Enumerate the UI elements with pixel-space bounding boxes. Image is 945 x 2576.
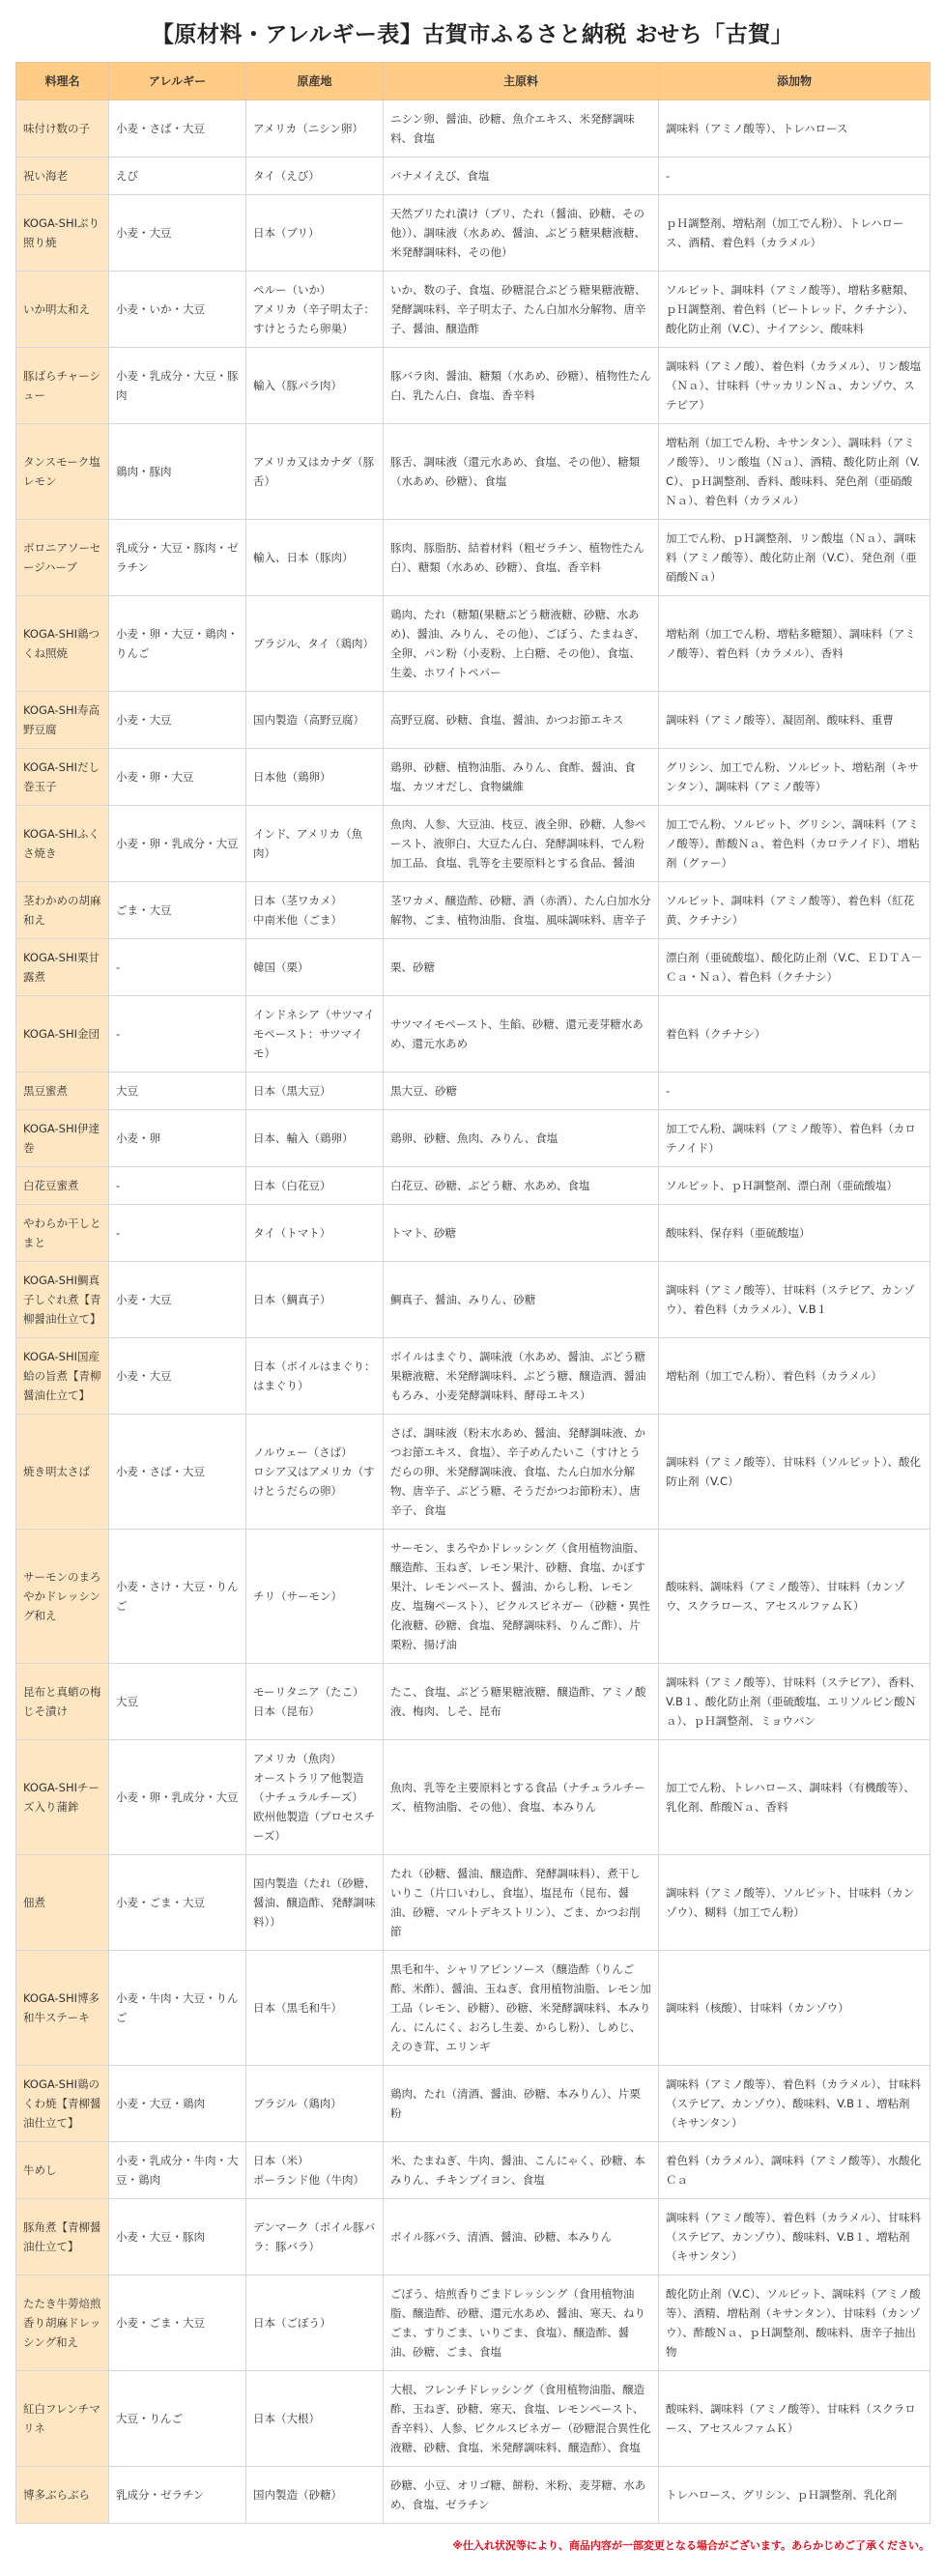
cell-allergy: - [109, 1167, 246, 1205]
cell-additives: 調味料（アミノ酸等）、トレハロース [659, 100, 931, 157]
table-row: 豚ばらチャーシュー小麦・乳成分・大豆・豚肉輸入（豚バラ肉）豚バラ肉、醤油、糖類（… [16, 348, 931, 424]
table-row: 佃煮小麦・ごま・大豆国内製造（たれ（砂糖、醤油、醸造酢、発酵調味料））たれ（砂糖… [16, 1855, 931, 1951]
cell-origin: 輸入（豚バラ肉） [246, 348, 384, 424]
cell-allergy: - [109, 1205, 246, 1262]
cell-main-ingredients: 栗、砂糖 [384, 939, 659, 996]
cell-main-ingredients: たこ、食塩、ぶどう糖果糖液糖、醸造酢、アミノ酸液、梅肉、しそ、昆布 [384, 1664, 659, 1740]
cell-dish-name: 豚角煮【青柳醤油仕立て】 [16, 2199, 109, 2275]
table-row: 紅白フレンチマリネ大豆・りんご日本（大根）大根、フレンチドレッシング（食用植物油… [16, 2371, 931, 2467]
cell-additives: 調味料（アミノ酸等）、甘味料（ソルビット）、酸化防止剤（V.C） [659, 1415, 931, 1530]
cell-origin: ブラジル（鶏肉） [246, 2066, 384, 2142]
table-row: サーモンのまろやかドレッシング和え小麦・さけ・大豆・りんごチリ（サーモン）サーモ… [16, 1530, 931, 1664]
cell-additives: 着色料（クチナシ） [659, 996, 931, 1073]
table-row: KOGA-SHI金団-インドネシア（サツマイモペースト：サツマイモ）サツマイモペ… [16, 996, 931, 1073]
cell-main-ingredients: トマト、砂糖 [384, 1205, 659, 1262]
cell-allergy: 小麦・卵 [109, 1110, 246, 1167]
cell-main-ingredients: バナメイえび、食塩 [384, 157, 659, 195]
cell-additives: 漂白剤（亜硫酸塩）、酸化防止剤（V.C、ＥＤＴＡ－Ｃａ・Ｎａ）、着色料（クチナシ… [659, 939, 931, 996]
cell-additives: 増粘剤（加工でん粉、キサンタン）、調味料（アミノ酸等）、リン酸塩（Ｎａ）、酒精、… [659, 424, 931, 520]
table-row: 白花豆蜜煮-日本（白花豆）白花豆、砂糖、ぶどう糖、水あめ、食塩ソルビット、ｐＨ調… [16, 1167, 931, 1205]
cell-additives: ソルビット、調味料（アミノ酸等）、着色料（紅花黄、クチナシ） [659, 882, 931, 939]
cell-origin: 日本他（鶏卵） [246, 749, 384, 806]
cell-allergy: 小麦・大豆・鶏肉 [109, 2066, 246, 2142]
table-row: 豚角煮【青柳醤油仕立て】小麦・大豆・豚肉デンマーク（ボイル豚バラ：豚バラ）ボイル… [16, 2199, 931, 2275]
cell-additives: 調味料（アミノ酸等）、甘味料（ステビア）、香料、V.B１、酸化防止剤（亜硫酸塩、… [659, 1664, 931, 1740]
cell-origin: 日本（ごぼう） [246, 2275, 384, 2371]
cell-main-ingredients: 茎ワカメ、醸造酢、砂糖、酒（赤酒）、たん白加水分解物、ごま、植物油脂、食塩、風味… [384, 882, 659, 939]
cell-additives: 酸化防止剤（V.C）、ソルビット、調味料（アミノ酸等）、酒精、増粘剤（キサンタン… [659, 2275, 931, 2371]
table-row: 昆布と真蛸の梅じそ漬け大豆モーリタニア（たこ）日本（昆布）たこ、食塩、ぶどう糖果… [16, 1664, 931, 1740]
cell-origin: 日本（ボイルはまぐり：はまぐり） [246, 1338, 384, 1415]
cell-origin: アメリカ（魚肉）オーストラリア他製造（ナチュラルチーズ）欧州他製造（プロセスチー… [246, 1740, 384, 1855]
cell-main-ingredients: 黒大豆、砂糖 [384, 1073, 659, 1110]
cell-dish-name: サーモンのまろやかドレッシング和え [16, 1530, 109, 1664]
cell-origin: ブラジル、タイ（鶏肉） [246, 596, 384, 692]
cell-additives: 調味料（アミノ酸等）、甘味料（ステビア、カンゾウ）、着色料（カラメル）、V.B１ [659, 1262, 931, 1338]
cell-additives: 加工でん粉、ソルビット、グリシン、調味料（アミノ酸等）、酢酸Ｎａ、着色料（カロテ… [659, 806, 931, 882]
cell-dish-name: ボロニアソーセージハーブ [16, 520, 109, 596]
cell-dish-name: KOGA-SHI鶏のくわ焼【青柳醤油仕立て】 [16, 2066, 109, 2142]
cell-dish-name: 黒豆蜜煮 [16, 1073, 109, 1110]
cell-additives: 増粘剤（加工でん粉、増粘多糖類）、調味料（アミノ酸等）、着色料（カラメル）、香料 [659, 596, 931, 692]
table-row: 黒豆蜜煮大豆日本（黒大豆）黒大豆、砂糖- [16, 1073, 931, 1110]
cell-main-ingredients: 白花豆、砂糖、ぶどう糖、水あめ、食塩 [384, 1167, 659, 1205]
cell-allergy: 小麦・牛肉・大豆・りんご [109, 1951, 246, 2066]
cell-main-ingredients: いか、数の子、食塩、砂糖混合ぶどう糖果糖液糖、発酵調味料、辛子明太子、たん白加水… [384, 272, 659, 348]
table-row: やわらか干しとまと-タイ（トマト）トマト、砂糖酸味料、保存料（亜硫酸塩） [16, 1205, 931, 1262]
cell-origin: 日本（白花豆） [246, 1167, 384, 1205]
cell-main-ingredients: 魚肉、乳等を主要原料とする食品（ナチュラルチーズ、植物油脂、その他）、食塩、本み… [384, 1740, 659, 1855]
cell-dish-name: タンスモーク塩レモン [16, 424, 109, 520]
cell-origin: インドネシア（サツマイモペースト：サツマイモ） [246, 996, 384, 1073]
cell-allergy: 小麦・大豆 [109, 692, 246, 749]
cell-main-ingredients: 豚バラ肉、醤油、糖類（水あめ、砂糖）、植物性たん白、乳たん白、食塩、香辛料 [384, 348, 659, 424]
cell-additives: 加工でん粉、調味料（アミノ酸等）、着色料（カロテノイド） [659, 1110, 931, 1167]
cell-allergy: えび [109, 157, 246, 195]
table-body: 味付け数の子小麦・さば・大豆アメリカ（ニシン卵）ニシン卵、醤油、砂糖、魚介エキス… [16, 100, 931, 2524]
header-dish-name: 料理名 [16, 63, 109, 100]
cell-dish-name: KOGA-SHIふくさ焼き [16, 806, 109, 882]
page-title: 【原材料・アレルギー表】古賀市ふるさと納税 おせち「古賀」 [0, 0, 945, 62]
cell-origin: ノルウェー（さば）ロシア又はアメリカ（すけとうだらの卵） [246, 1415, 384, 1530]
cell-allergy: 小麦・卵・大豆 [109, 749, 246, 806]
cell-main-ingredients: 鶏卵、砂糖、魚肉、みりん、食塩 [384, 1110, 659, 1167]
table-row: いか明太和え小麦・いか・大豆ペルー（いか）アメリカ（辛子明太子：すけとうたら卵巣… [16, 272, 931, 348]
cell-allergy: - [109, 939, 246, 996]
cell-dish-name: 博多ぶらぶら [16, 2467, 109, 2524]
cell-dish-name: 昆布と真蛸の梅じそ漬け [16, 1664, 109, 1740]
table-row: KOGA-SHI寿高野豆腐小麦・大豆国内製造（高野豆腐）高野豆腐、砂糖、食塩、醤… [16, 692, 931, 749]
cell-origin: デンマーク（ボイル豚バラ：豚バラ） [246, 2199, 384, 2275]
cell-origin: 日本（黒毛和牛） [246, 1951, 384, 2066]
cell-allergy: 小麦・卵・乳成分・大豆 [109, 1740, 246, 1855]
cell-origin: アメリカ（ニシン卵） [246, 100, 384, 157]
table-header: 料理名 アレルギー 原産地 主原料 添加物 [16, 63, 931, 100]
cell-origin: 日本（ブリ） [246, 195, 384, 272]
cell-allergy: 小麦・大豆 [109, 1338, 246, 1415]
cell-dish-name: KOGA-SHIだし巻玉子 [16, 749, 109, 806]
cell-main-ingredients: 米、たまねぎ、牛肉、醤油、こんにゃく、砂糖、本みりん、チキンブイヨン、食塩 [384, 2142, 659, 2199]
cell-origin: 輸入、日本（豚肉） [246, 520, 384, 596]
cell-additives: 酸味料、調味料（アミノ酸等）、甘味料（カンゾウ、スクラロース、アセスルファムＫ） [659, 1530, 931, 1664]
cell-additives: 調味料（アミノ酸等）、着色料（カラメル）、甘味料（ステビア、カンゾウ）、酸味料、… [659, 2199, 931, 2275]
cell-origin: チリ（サーモン） [246, 1530, 384, 1664]
cell-origin: 日本（大根） [246, 2371, 384, 2467]
table-row: KOGA-SHI博多和牛ステーキ小麦・牛肉・大豆・りんご日本（黒毛和牛）黒毛和牛… [16, 1951, 931, 2066]
cell-allergy: 大豆・りんご [109, 2371, 246, 2467]
table-row: 祝い海老えびタイ（えび）バナメイえび、食塩- [16, 157, 931, 195]
cell-origin: タイ（えび） [246, 157, 384, 195]
cell-dish-name: 紅白フレンチマリネ [16, 2371, 109, 2467]
table-row: ボロニアソーセージハーブ乳成分・大豆・豚肉・ゼラチン輸入、日本（豚肉）豚肉、豚脂… [16, 520, 931, 596]
disclaimer-note: ※仕入れ状況等により、商品内容が一部変更となる場合がございます。あらかじめご了承… [0, 2537, 930, 2572]
table-row: KOGA-SHIチーズ入り蒲鉾小麦・卵・乳成分・大豆アメリカ（魚肉）オーストラリ… [16, 1740, 931, 1855]
table-row: KOGA-SHI伊達巻小麦・卵日本、輸入（鶏卵）鶏卵、砂糖、魚肉、みりん、食塩加… [16, 1110, 931, 1167]
cell-origin: モーリタニア（たこ）日本（昆布） [246, 1664, 384, 1740]
table-row: 味付け数の子小麦・さば・大豆アメリカ（ニシン卵）ニシン卵、醤油、砂糖、魚介エキス… [16, 100, 931, 157]
cell-additives: 加工でん粉、トレハロース、調味料（有機酸等）、乳化剤、酢酸Ｎａ、香料 [659, 1740, 931, 1855]
cell-dish-name: 焼き明太さば [16, 1415, 109, 1530]
cell-allergy: 小麦・大豆 [109, 1262, 246, 1338]
cell-main-ingredients: サーモン、まろやかドレッシング（食用植物油脂、醸造酢、玉ねぎ、レモン果汁、砂糖、… [384, 1530, 659, 1664]
cell-dish-name: KOGA-SHI博多和牛ステーキ [16, 1951, 109, 2066]
cell-dish-name: KOGA-SHI鶏つくね照焼 [16, 596, 109, 692]
cell-main-ingredients: ボイル豚バラ、清酒、醤油、砂糖、本みりん [384, 2199, 659, 2275]
cell-main-ingredients: 天然ブリたれ漬け（ブリ、たれ（醤油、砂糖、その他））、調味液（水あめ、醤油、ぶど… [384, 195, 659, 272]
table-row: KOGA-SHIふくさ焼き小麦・卵・乳成分・大豆インド、アメリカ（魚肉）魚肉、人… [16, 806, 931, 882]
cell-dish-name: KOGA-SHIチーズ入り蒲鉾 [16, 1740, 109, 1855]
cell-allergy: 小麦・さば・大豆 [109, 100, 246, 157]
cell-origin: 国内製造（高野豆腐） [246, 692, 384, 749]
header-row: 料理名 アレルギー 原産地 主原料 添加物 [16, 63, 931, 100]
cell-allergy: 小麦・いか・大豆 [109, 272, 246, 348]
cell-main-ingredients: サツマイモペースト、生餡、砂糖、還元麦芽糖水あめ、還元水あめ [384, 996, 659, 1073]
cell-allergy: ごま・大豆 [109, 882, 246, 939]
table-row: KOGA-SHIだし巻玉子小麦・卵・大豆日本他（鶏卵）鶏卵、砂糖、植物油脂、みり… [16, 749, 931, 806]
cell-additives: 調味料（アミノ酸等）、ソルビット、甘味料（カンゾウ）、糊料（加工でん粉） [659, 1855, 931, 1951]
table-row: KOGA-SHI栗甘露煮-韓国（栗）栗、砂糖漂白剤（亜硫酸塩）、酸化防止剤（V.… [16, 939, 931, 996]
cell-main-ingredients: 鶏卵、砂糖、植物油脂、みりん、食酢、醤油、食塩、カツオだし、食物繊維 [384, 749, 659, 806]
allergy-table: 料理名 アレルギー 原産地 主原料 添加物 味付け数の子小麦・さば・大豆アメリカ… [15, 62, 931, 2524]
cell-additives: - [659, 1073, 931, 1110]
cell-dish-name: KOGA-SHI伊達巻 [16, 1110, 109, 1167]
cell-main-ingredients: 鶏肉、たれ（糖類(果糖ぶどう糖液糖、砂糖、水あめ)、醤油、みりん、その他）、ごぼ… [384, 596, 659, 692]
cell-dish-name: KOGA-SHI寿高野豆腐 [16, 692, 109, 749]
cell-origin: 国内製造（たれ（砂糖、醤油、醸造酢、発酵調味料）） [246, 1855, 384, 1951]
cell-allergy: 乳成分・大豆・豚肉・ゼラチン [109, 520, 246, 596]
cell-origin: 日本（黒大豆） [246, 1073, 384, 1110]
table-row: KOGA-SHI鶏つくね照焼小麦・卵・大豆・鶏肉・りんごブラジル、タイ（鶏肉）鶏… [16, 596, 931, 692]
cell-additives: 酸味料、調味料（アミノ酸等）、甘味料（スクラロース、アセスルファムＫ） [659, 2371, 931, 2467]
cell-allergy: 小麦・卵・大豆・鶏肉・りんご [109, 596, 246, 692]
table-row: KOGA-SHIぶり照り焼小麦・大豆日本（ブリ）天然ブリたれ漬け（ブリ、たれ（醤… [16, 195, 931, 272]
table-row: タンスモーク塩レモン鶏肉・豚肉アメリカ又はカナダ（豚舌）豚舌、調味液（還元水あめ… [16, 424, 931, 520]
table-row: 博多ぶらぶら乳成分・ゼラチン国内製造（砂糖）砂糖、小豆、オリゴ糖、餅粉、米粉、麦… [16, 2467, 931, 2524]
cell-allergy: 小麦・さけ・大豆・りんご [109, 1530, 246, 1664]
cell-additives: 調味料（アミノ酸等）、着色料（カラメル）、甘味料（ステビア、カンゾウ）、酸味料、… [659, 2066, 931, 2142]
header-additives: 添加物 [659, 63, 931, 100]
header-main-ingredients: 主原料 [384, 63, 659, 100]
header-allergy: アレルギー [109, 63, 246, 100]
cell-allergy: 鶏肉・豚肉 [109, 424, 246, 520]
cell-allergy: 小麦・大豆・豚肉 [109, 2199, 246, 2275]
cell-allergy: 小麦・大豆 [109, 195, 246, 272]
cell-dish-name: KOGA-SHI国産蛤の旨煮【青柳醤油仕立て】 [16, 1338, 109, 1415]
cell-dish-name: いか明太和え [16, 272, 109, 348]
cell-main-ingredients: 砂糖、小豆、オリゴ糖、餅粉、米粉、麦芽糖、水あめ、食塩、ゼラチン [384, 2467, 659, 2524]
cell-main-ingredients: さば、調味液（粉末水あめ、醤油、発酵調味液、かつお節エキス、食塩）、辛子めんたい… [384, 1415, 659, 1530]
cell-origin: タイ（トマト） [246, 1205, 384, 1262]
cell-main-ingredients: 高野豆腐、砂糖、食塩、醤油、かつお節エキス [384, 692, 659, 749]
cell-dish-name: KOGA-SHI鯛真子しぐれ煮【青柳醤油仕立て】 [16, 1262, 109, 1338]
header-origin: 原産地 [246, 63, 384, 100]
cell-dish-name: 牛めし [16, 2142, 109, 2199]
table-row: 焼き明太さば小麦・さば・大豆ノルウェー（さば）ロシア又はアメリカ（すけとうだらの… [16, 1415, 931, 1530]
cell-additives: 酸味料、保存料（亜硫酸塩） [659, 1205, 931, 1262]
table-row: 茎わかめの胡麻和えごま・大豆日本（茎ワカメ）中南米他（ごま）茎ワカメ、醸造酢、砂… [16, 882, 931, 939]
cell-main-ingredients: 魚肉、人参、大豆油、枝豆、液全卵、砂糖、人参ペースト、液卵白、大豆たん白、発酵調… [384, 806, 659, 882]
cell-origin: 韓国（栗） [246, 939, 384, 996]
cell-main-ingredients: ごぼう、焙煎香りごまドレッシング（食用植物油脂、醸造酢、砂糖、還元水あめ、醤油、… [384, 2275, 659, 2371]
cell-origin: インド、アメリカ（魚肉） [246, 806, 384, 882]
cell-origin: 日本（茎ワカメ）中南米他（ごま） [246, 882, 384, 939]
cell-dish-name: KOGA-SHI金団 [16, 996, 109, 1073]
cell-allergy: 大豆 [109, 1664, 246, 1740]
cell-origin: 日本（鯛真子） [246, 1262, 384, 1338]
table-row: KOGA-SHI鶏のくわ焼【青柳醤油仕立て】小麦・大豆・鶏肉ブラジル（鶏肉）鶏肉… [16, 2066, 931, 2142]
cell-additives: 調味料（アミノ酸等）、凝固剤、酸味料、重曹 [659, 692, 931, 749]
cell-main-ingredients: 黒毛和牛、シャリアピンソース（醸造酢（りんご酢、米酢）、醤油、玉ねぎ、食用植物油… [384, 1951, 659, 2066]
cell-allergy: - [109, 996, 246, 1073]
cell-dish-name: 佃煮 [16, 1855, 109, 1951]
cell-main-ingredients: 鯛真子、醤油、みりん、砂糖 [384, 1262, 659, 1338]
cell-dish-name: やわらか干しとまと [16, 1205, 109, 1262]
cell-additives: 加工でん粉、ｐＨ調整剤、リン酸塩（Ｎａ）、調味料（アミノ酸等）、酸化防止剤（V.… [659, 520, 931, 596]
cell-allergy: 小麦・ごま・大豆 [109, 1855, 246, 1951]
cell-allergy: 小麦・ごま・大豆 [109, 2275, 246, 2371]
cell-origin: アメリカ又はカナダ（豚舌） [246, 424, 384, 520]
cell-allergy: 小麦・乳成分・大豆・豚肉 [109, 348, 246, 424]
cell-dish-name: KOGA-SHIぶり照り焼 [16, 195, 109, 272]
cell-dish-name: 味付け数の子 [16, 100, 109, 157]
cell-additives: 増粘剤（加工でん粉）、着色料（カラメル） [659, 1338, 931, 1415]
cell-main-ingredients: 大根、フレンチドレッシング（食用植物油脂、醸造酢、玉ねぎ、砂糖、寒天、食塩、レモ… [384, 2371, 659, 2467]
table-row: KOGA-SHI国産蛤の旨煮【青柳醤油仕立て】小麦・大豆日本（ボイルはまぐり：は… [16, 1338, 931, 1415]
cell-origin: 日本（米）ポーランド他（牛肉） [246, 2142, 384, 2199]
cell-additives: - [659, 157, 931, 195]
table-row: 牛めし小麦・乳成分・牛肉・大豆・鶏肉日本（米）ポーランド他（牛肉）米、たまねぎ、… [16, 2142, 931, 2199]
table-row: たたき牛蒡焙煎香り胡麻ドレッシング和え小麦・ごま・大豆日本（ごぼう）ごぼう、焙煎… [16, 2275, 931, 2371]
cell-additives: ｐＨ調整剤、増粘剤（加工でん粉）、トレハロース、酒精、着色料（カラメル） [659, 195, 931, 272]
table-row: KOGA-SHI鯛真子しぐれ煮【青柳醤油仕立て】小麦・大豆日本（鯛真子）鯛真子、… [16, 1262, 931, 1338]
cell-main-ingredients: ボイルはまぐり、調味液（水あめ、醤油、ぶどう糖果糖液糖、米発酵調味料、ぶどう糖、… [384, 1338, 659, 1415]
cell-dish-name: 祝い海老 [16, 157, 109, 195]
cell-main-ingredients: ニシン卵、醤油、砂糖、魚介エキス、米発酵調味料、食塩 [384, 100, 659, 157]
cell-allergy: 小麦・さば・大豆 [109, 1415, 246, 1530]
cell-allergy: 小麦・乳成分・牛肉・大豆・鶏肉 [109, 2142, 246, 2199]
cell-main-ingredients: 豚肉、豚脂肪、結着材料（粗ゼラチン、植物性たん白）、糖類（水あめ、砂糖）、食塩、… [384, 520, 659, 596]
cell-main-ingredients: 豚舌、調味液（還元水あめ、食塩、その他）、糖類（水あめ、砂糖）、食塩 [384, 424, 659, 520]
cell-origin: ペルー（いか）アメリカ（辛子明太子：すけとうたら卵巣） [246, 272, 384, 348]
cell-dish-name: たたき牛蒡焙煎香り胡麻ドレッシング和え [16, 2275, 109, 2371]
cell-additives: 着色料（カラメル）、調味料（アミノ酸等）、水酸化Ｃａ [659, 2142, 931, 2199]
cell-additives: ソルビット、ｐＨ調整剤、漂白剤（亜硫酸塩） [659, 1167, 931, 1205]
cell-allergy: 小麦・卵・乳成分・大豆 [109, 806, 246, 882]
cell-additives: 調味料（核酸）、甘味料（カンゾウ） [659, 1951, 931, 2066]
cell-origin: 日本、輸入（鶏卵） [246, 1110, 384, 1167]
cell-main-ingredients: 鶏肉、たれ（清酒、醤油、砂糖、本みりん）、片栗粉 [384, 2066, 659, 2142]
cell-additives: 調味料（アミノ酸）、着色料（カラメル）、リン酸塩（Ｎａ）、甘味料（サッカリンＮａ… [659, 348, 931, 424]
cell-additives: グリシン、加工でん粉、ソルビット、増粘剤（キサンタン）、調味料（アミノ酸等） [659, 749, 931, 806]
cell-origin: 国内製造（砂糖） [246, 2467, 384, 2524]
cell-main-ingredients: たれ（砂糖、醤油、醸造酢、発酵調味料）、煮干しいりこ（片口いわし、食塩）、塩昆布… [384, 1855, 659, 1951]
cell-dish-name: 茎わかめの胡麻和え [16, 882, 109, 939]
cell-dish-name: 豚ばらチャーシュー [16, 348, 109, 424]
cell-additives: ソルビット、調味料（アミノ酸等）、増粘多糖類、ｐＨ調整剤、着色料（ビートレッド、… [659, 272, 931, 348]
cell-dish-name: KOGA-SHI栗甘露煮 [16, 939, 109, 996]
page: 【原材料・アレルギー表】古賀市ふるさと納税 おせち「古賀」 料理名 アレルギー … [0, 0, 945, 2572]
cell-allergy: 乳成分・ゼラチン [109, 2467, 246, 2524]
cell-dish-name: 白花豆蜜煮 [16, 1167, 109, 1205]
cell-additives: トレハロース、グリシン、ｐＨ調整剤、乳化剤 [659, 2467, 931, 2524]
cell-allergy: 大豆 [109, 1073, 246, 1110]
